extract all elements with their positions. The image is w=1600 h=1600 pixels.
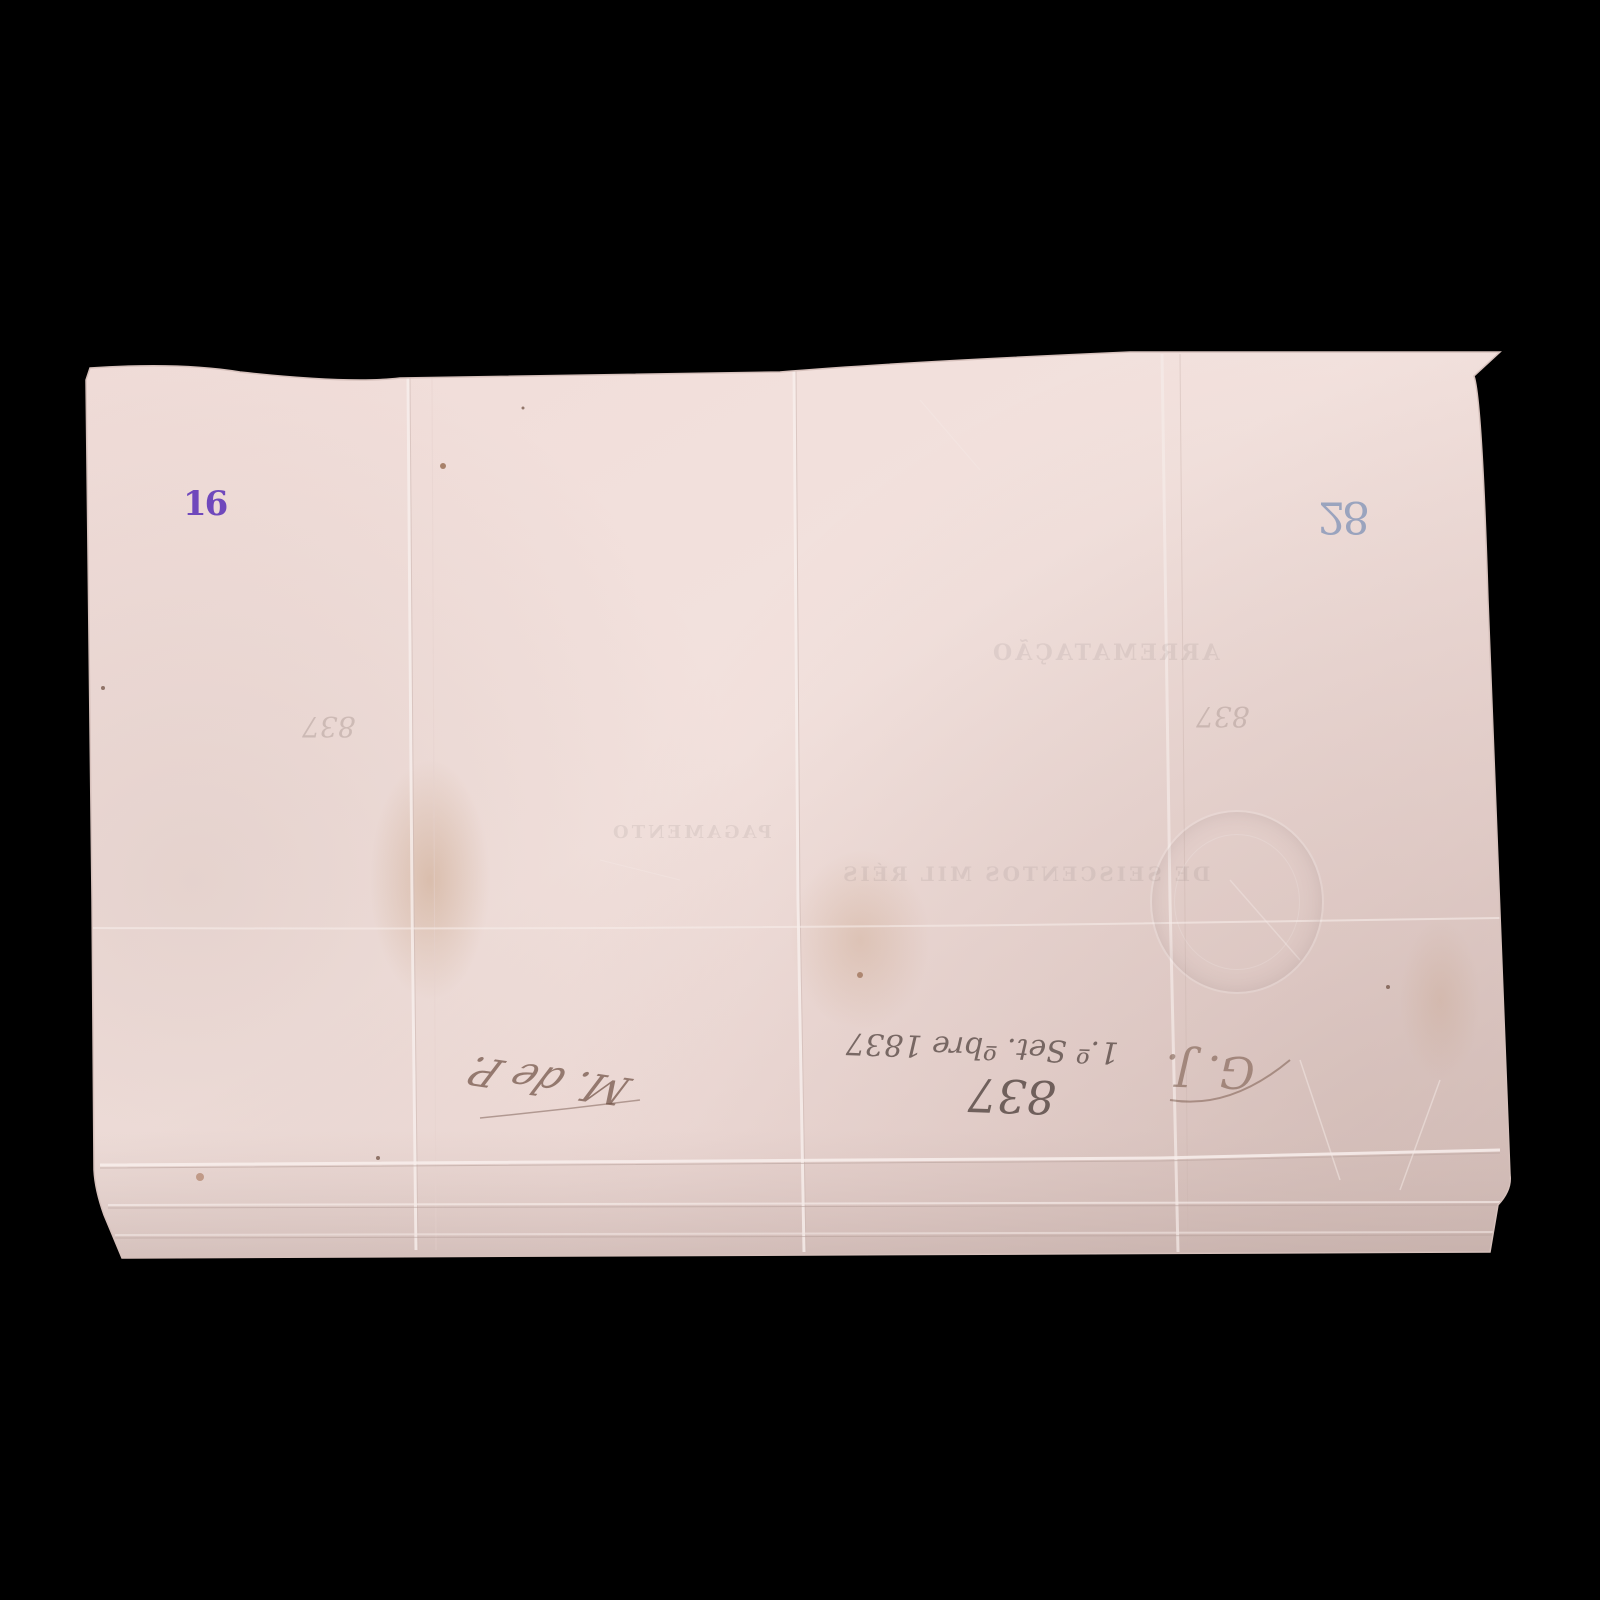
embossed-seal: [1150, 810, 1324, 994]
photo-stage: ARREMATAÇÃO DE SEISCENTOS MIL RÉIS PAGAM…: [0, 0, 1600, 1600]
paper-sheet: [0, 0, 1600, 1600]
handwritten-initials: G. J.: [1164, 1046, 1255, 1093]
bleed-through-text: ARREMATAÇÃO: [990, 640, 1220, 666]
faint-number-right: 837: [1196, 702, 1249, 730]
blue-pencil-mark: 28: [1318, 494, 1366, 538]
handwritten-number: 837: [967, 1071, 1056, 1120]
faint-number-left: 837: [302, 712, 355, 740]
handwritten-inscription: 1.º Set. ºbre 1837: [846, 1027, 1120, 1067]
bleed-through-text: PAGAMENTO: [610, 822, 772, 843]
embossed-seal-inner-ring: [1174, 834, 1300, 970]
purple-page-number: 16: [183, 487, 226, 521]
